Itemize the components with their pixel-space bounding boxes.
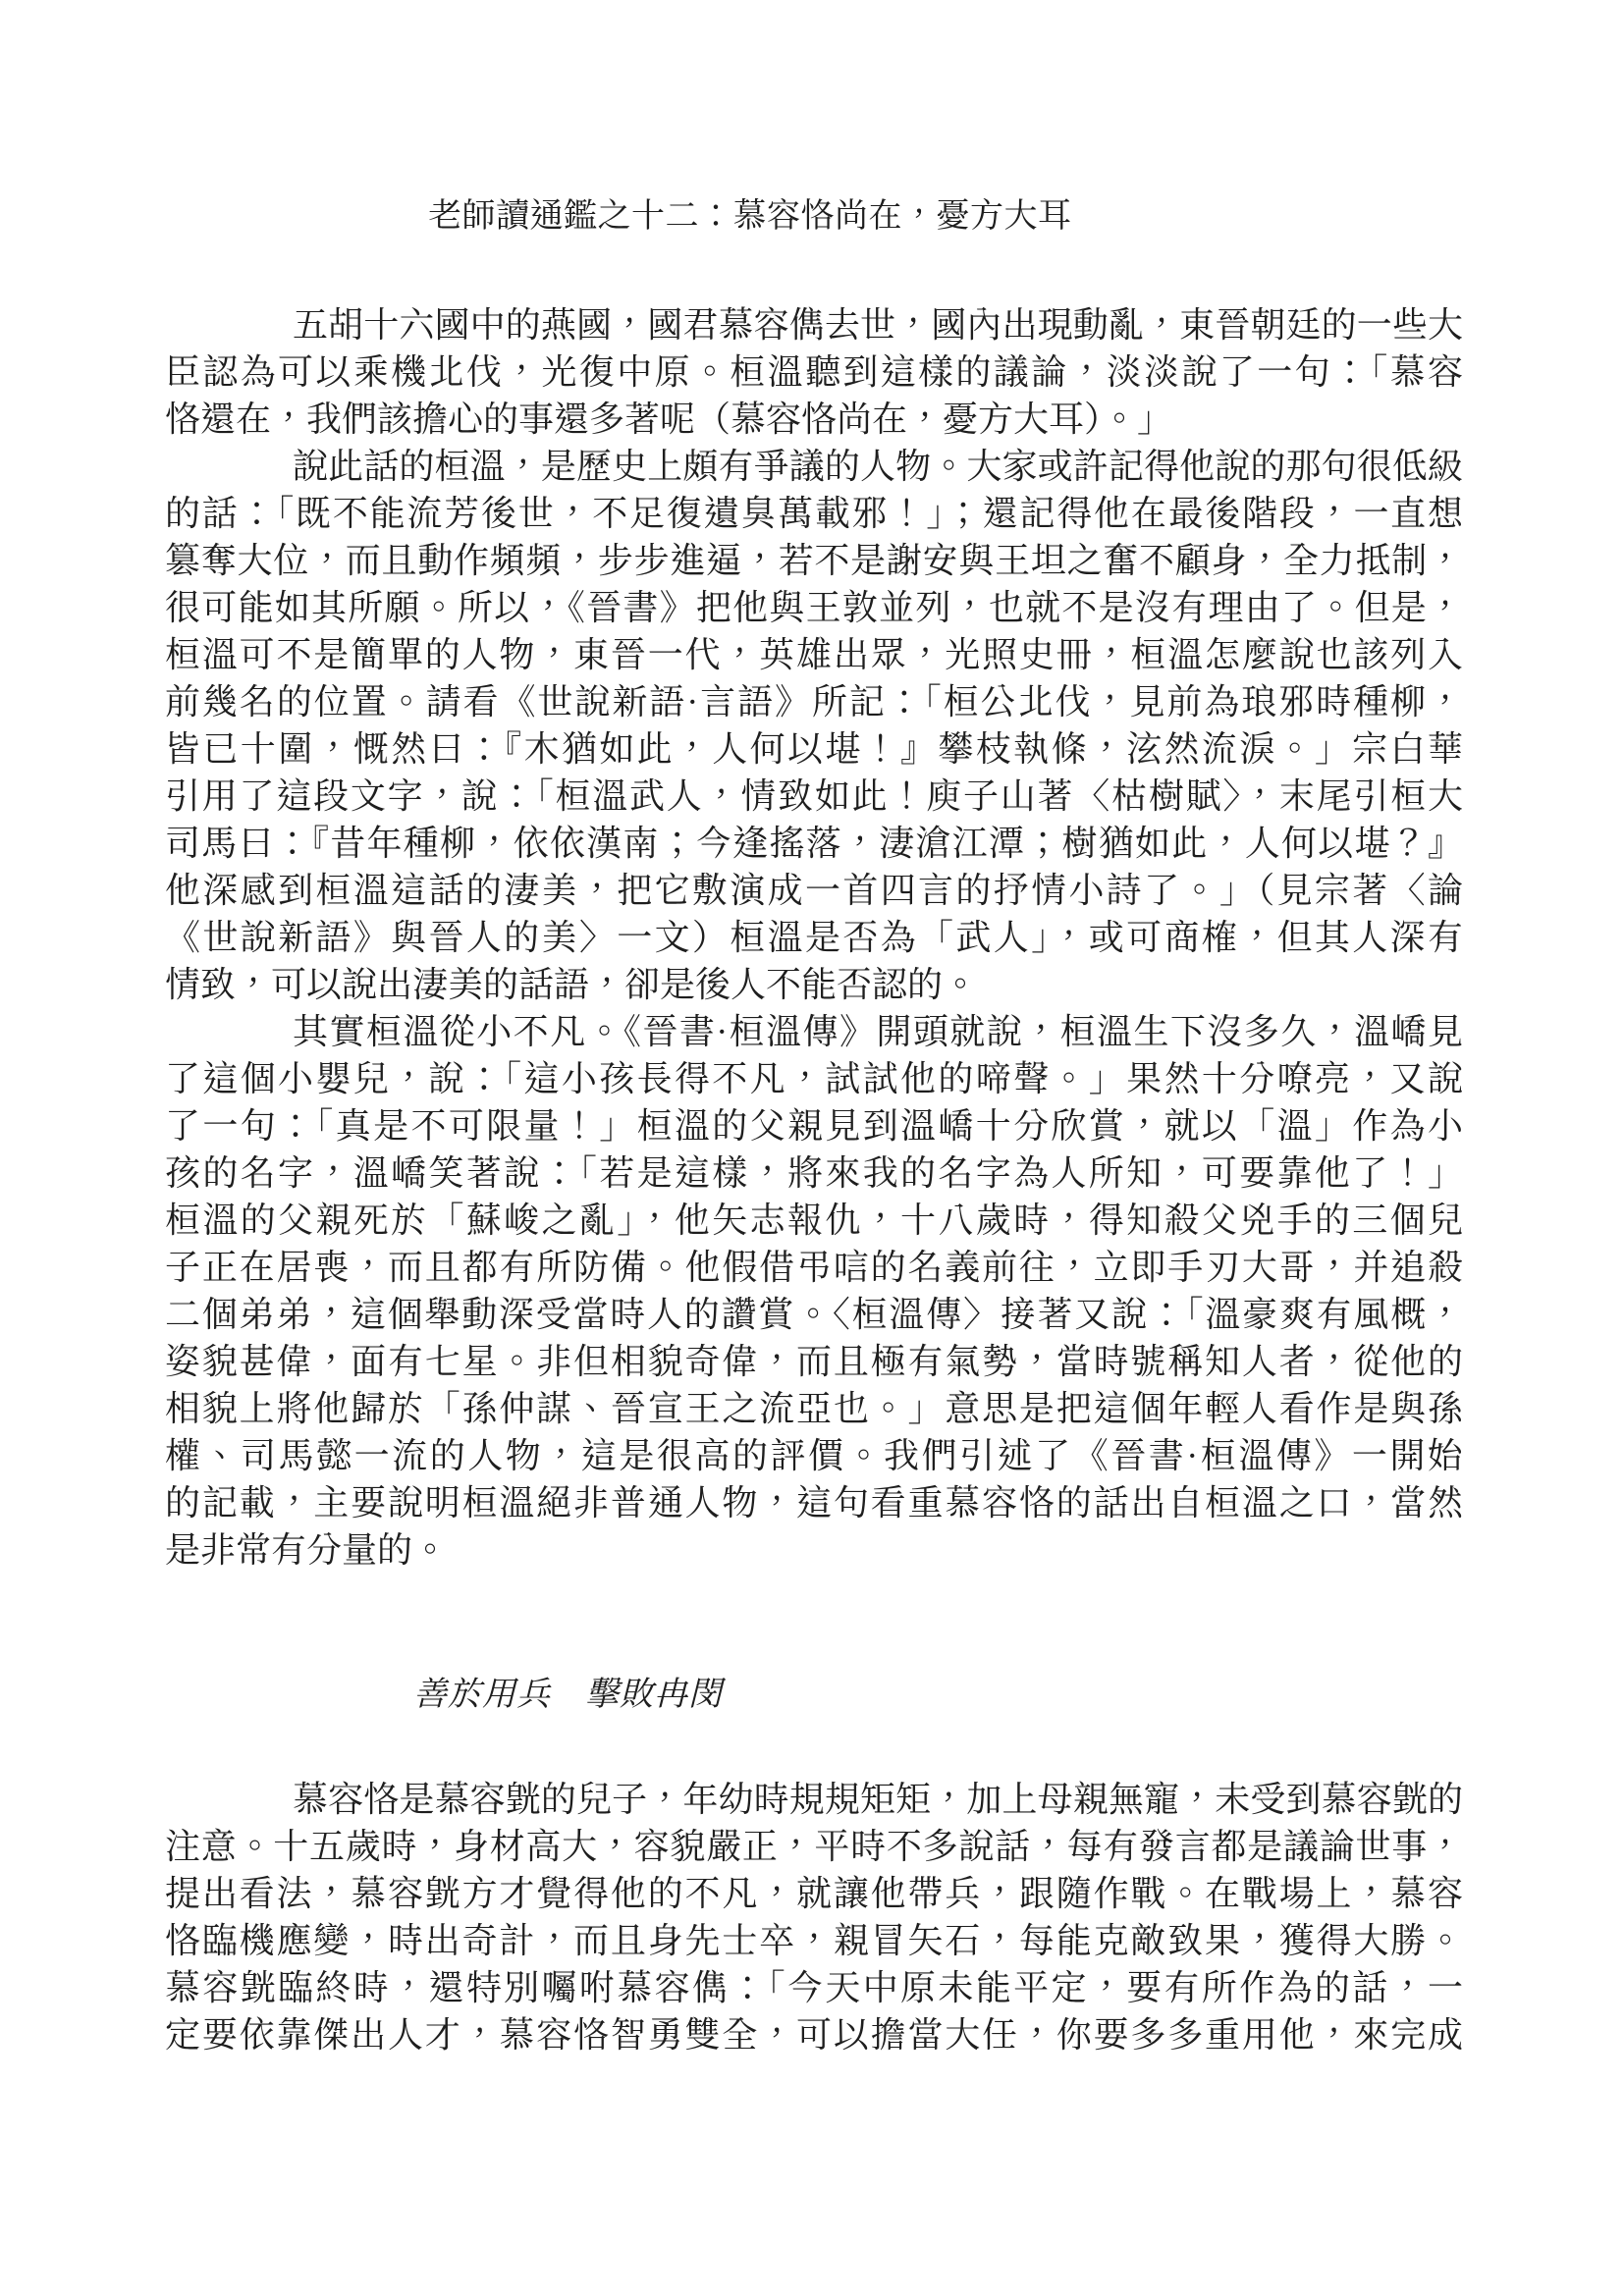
text-line: 的記載，主要說明桓溫絕非普通人物，這句看重慕容恪的話出自桓溫之口，當然 [165,1479,1463,1526]
text-line: 情致，可以說出淒美的話語，卻是後人不能否認的。 [165,961,1463,1008]
paragraph: 說此話的桓溫，是歷史上頗有爭議的人物。大家或許記得他說的那句很低級的話：「既不能… [165,443,1463,1008]
text-line: 子正在居喪，而且都有所防備。他假借弔唁的名義前往，立即手刃大哥，并追殺 [165,1244,1463,1291]
text-line: 很可能如其所願。所以，《晉書》把他與王敦並列，也就不是沒有理由了。但是， [165,584,1463,631]
section-heading: 善於用兵 擊敗冉閔 [413,1672,1463,1719]
text-line: 前幾名的位置。請看《世說新語·言語》所記：「桓公北伐，見前為琅邪時種柳， [165,678,1463,725]
text-line: 的話：「既不能流芳後世，不足復遺臭萬載邪！」；還記得他在最後階段，一直想 [165,490,1463,537]
text-line: 篡奪大位，而且動作頻頻，步步進逼，若不是謝安與王坦之奮不顧身，全力抵制， [165,537,1463,584]
text-line: 五胡十六國中的燕國，國君慕容儁去世，國內出現動亂，東晉朝廷的一些大 [165,301,1463,348]
paragraph: 慕容恪是慕容皝的兒子，年幼時規規矩矩，加上母親無寵，未受到慕容皝的注意。十五歲時… [165,1776,1463,2058]
text-line: 是非常有分量的。 [165,1526,1463,1574]
text-line: 恪還在，我們該擔心的事還多著呢（慕容恪尚在，憂方大耳）。」 [165,396,1463,443]
text-line: 桓溫可不是簡單的人物，東晉一代，英雄出眾，光照史冊，桓溫怎麼說也該列入 [165,631,1463,678]
paragraph: 其實桓溫從小不凡。《晉書·桓溫傳》開頭就說，桓溫生下沒多久，溫嶠見了這個小嬰兒，… [165,1008,1463,1574]
text-line: 恪臨機應變，時出奇計，而且身先士卒，親冒矢石，每能克敵致果，獲得大勝。 [165,1917,1463,1964]
text-line: 其實桓溫從小不凡。《晉書·桓溫傳》開頭就說，桓溫生下沒多久，溫嶠見 [165,1008,1463,1055]
text-line: 說此話的桓溫，是歷史上頗有爭議的人物。大家或許記得他說的那句很低級 [165,443,1463,490]
text-line: 臣認為可以乘機北伐，光復中原。桓溫聽到這樣的議論，淡淡說了一句：「慕容 [165,348,1463,396]
paragraph: 五胡十六國中的燕國，國君慕容儁去世，國內出現動亂，東晉朝廷的一些大臣認為可以乘機… [165,301,1463,443]
text-line: 司馬曰：『昔年種柳，依依漢南；今逢搖落，淒滄江潭；樹猶如此，人何以堪？』 [165,820,1463,867]
text-line: 二個弟弟，這個舉動深受當時人的讚賞。〈桓溫傳〉接著又說：「溫豪爽有風概， [165,1291,1463,1338]
text-line: 《世說新語》與晉人的美〉一文）桓溫是否為「武人」，或可商榷，但其人深有 [165,914,1463,961]
text-line: 孩的名字，溫嶠笑著說：「若是這樣，將來我的名字為人所知，可要靠他了！」 [165,1149,1463,1197]
text-line: 他深感到桓溫這話的淒美，把它敷演成一首四言的抒情小詩了。」（見宗著〈論 [165,867,1463,914]
document-body: 五胡十六國中的燕國，國君慕容儁去世，國內出現動亂，東晉朝廷的一些大臣認為可以乘機… [165,301,1463,2058]
text-line: 皆已十圍，慨然曰：『木猶如此，人何以堪！』攀枝執條，泫然流淚。」宗白華 [165,725,1463,773]
text-line: 權、司馬懿一流的人物，這是很高的評價。我們引述了《晉書·桓溫傳》一開始 [165,1432,1463,1479]
text-line: 注意。十五歲時，身材高大，容貌嚴正，平時不多說話，每有發言都是議論世事， [165,1823,1463,1870]
text-line: 慕容恪是慕容皝的兒子，年幼時規規矩矩，加上母親無寵，未受到慕容皝的 [165,1776,1463,1823]
document-page: 老師讀通鑑之十二：慕容恪尚在，憂方大耳 五胡十六國中的燕國，國君慕容儁去世，國內… [0,0,1624,2296]
text-line: 引用了這段文字，說：「桓溫武人，情致如此！庾子山著〈枯樹賦〉，末尾引桓大 [165,773,1463,820]
document-title: 老師讀通鑑之十二：慕容恪尚在，憂方大耳 [428,193,1463,240]
text-line: 了這個小嬰兒，說：「這小孩長得不凡，試試他的啼聲。」果然十分嘹亮，又說 [165,1055,1463,1102]
text-line: 定要依靠傑出人才，慕容恪智勇雙全，可以擔當大任，你要多多重用他，來完成 [165,2011,1463,2058]
text-line: 桓溫的父親死於「蘇峻之亂」，他矢志報仇，十八歲時，得知殺父兇手的三個兒 [165,1197,1463,1244]
text-line: 姿貌甚偉，面有七星。非但相貌奇偉，而且極有氣勢，當時號稱知人者，從他的 [165,1338,1463,1385]
text-line: 提出看法，慕容皝方才覺得他的不凡，就讓他帶兵，跟隨作戰。在戰場上，慕容 [165,1870,1463,1917]
text-line: 相貌上將他歸於「孫仲謀、晉宣王之流亞也。」意思是把這個年輕人看作是與孫 [165,1385,1463,1432]
text-line: 了一句：「真是不可限量！」桓溫的父親見到溫嶠十分欣賞，就以「溫」作為小 [165,1102,1463,1149]
text-line: 慕容皝臨終時，還特別囑咐慕容儁：「今天中原未能平定，要有所作為的話，一 [165,1964,1463,2011]
